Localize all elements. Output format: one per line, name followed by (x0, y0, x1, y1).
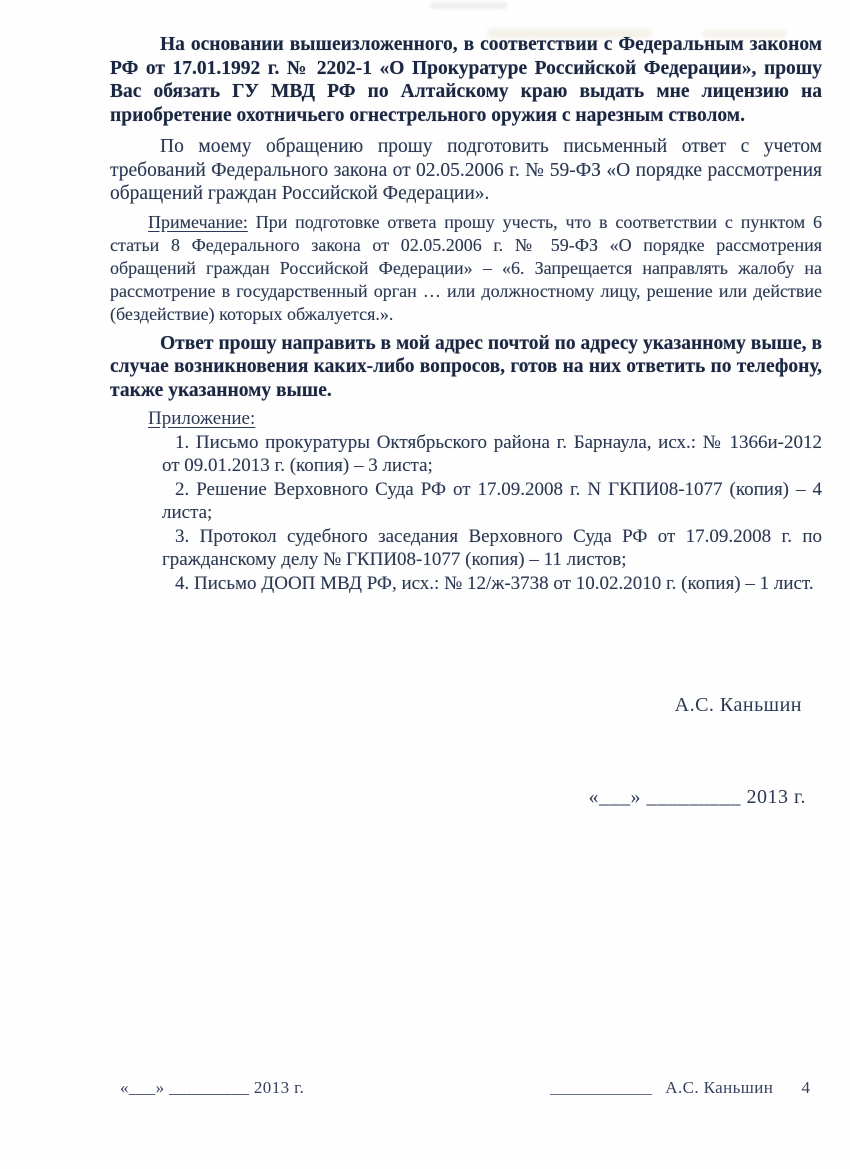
document-body: На основании вышеизложенного, в соответс… (110, 33, 822, 595)
attachment-item-4: 4. Письмо ДООП МВД РФ, исх.: № 12/ж-3738… (110, 572, 822, 596)
signature-date-blank: «___» _________ 2013 г. (589, 786, 806, 809)
attachments-label: Приложение: (148, 407, 822, 431)
paragraph-note: Примечание: При подготовке ответа прошу … (110, 211, 822, 326)
footer-signature-line: ____________ (550, 1078, 652, 1097)
scan-artifact (430, 2, 508, 9)
footer-signature-name: А.С. Каньшин (665, 1078, 773, 1097)
attachment-item-3: 3. Протокол судебного заседания Верховно… (110, 525, 822, 572)
page-footer: «___» _________ 2013 г. ____________ А.С… (0, 1078, 850, 1108)
footer-date-blank: «___» _________ 2013 г. (120, 1078, 304, 1098)
scanned-document-page: На основании вышеизложенного, в соответс… (0, 0, 850, 1169)
paragraph-response-request: По моему обращению прошу подготовить пис… (110, 135, 822, 206)
note-label: Примечание: (148, 212, 248, 232)
paragraph-answer-delivery: Ответ прошу направить в мой адрес почтой… (110, 332, 822, 403)
attachments-section: Приложение: 1. Письмо прокуратуры Октябр… (110, 407, 822, 595)
signature-name: А.С. Каньшин (675, 694, 802, 717)
paragraph-legal-basis: На основании вышеизложенного, в соответс… (110, 33, 822, 127)
attachment-item-1: 1. Письмо прокуратуры Октябрьского район… (110, 431, 822, 478)
attachment-item-2: 2. Решение Верховного Суда РФ от 17.09.2… (110, 478, 822, 525)
footer-page-number: 4 (802, 1078, 811, 1097)
footer-signature-block: ____________ А.С. Каньшин 4 (550, 1078, 810, 1098)
